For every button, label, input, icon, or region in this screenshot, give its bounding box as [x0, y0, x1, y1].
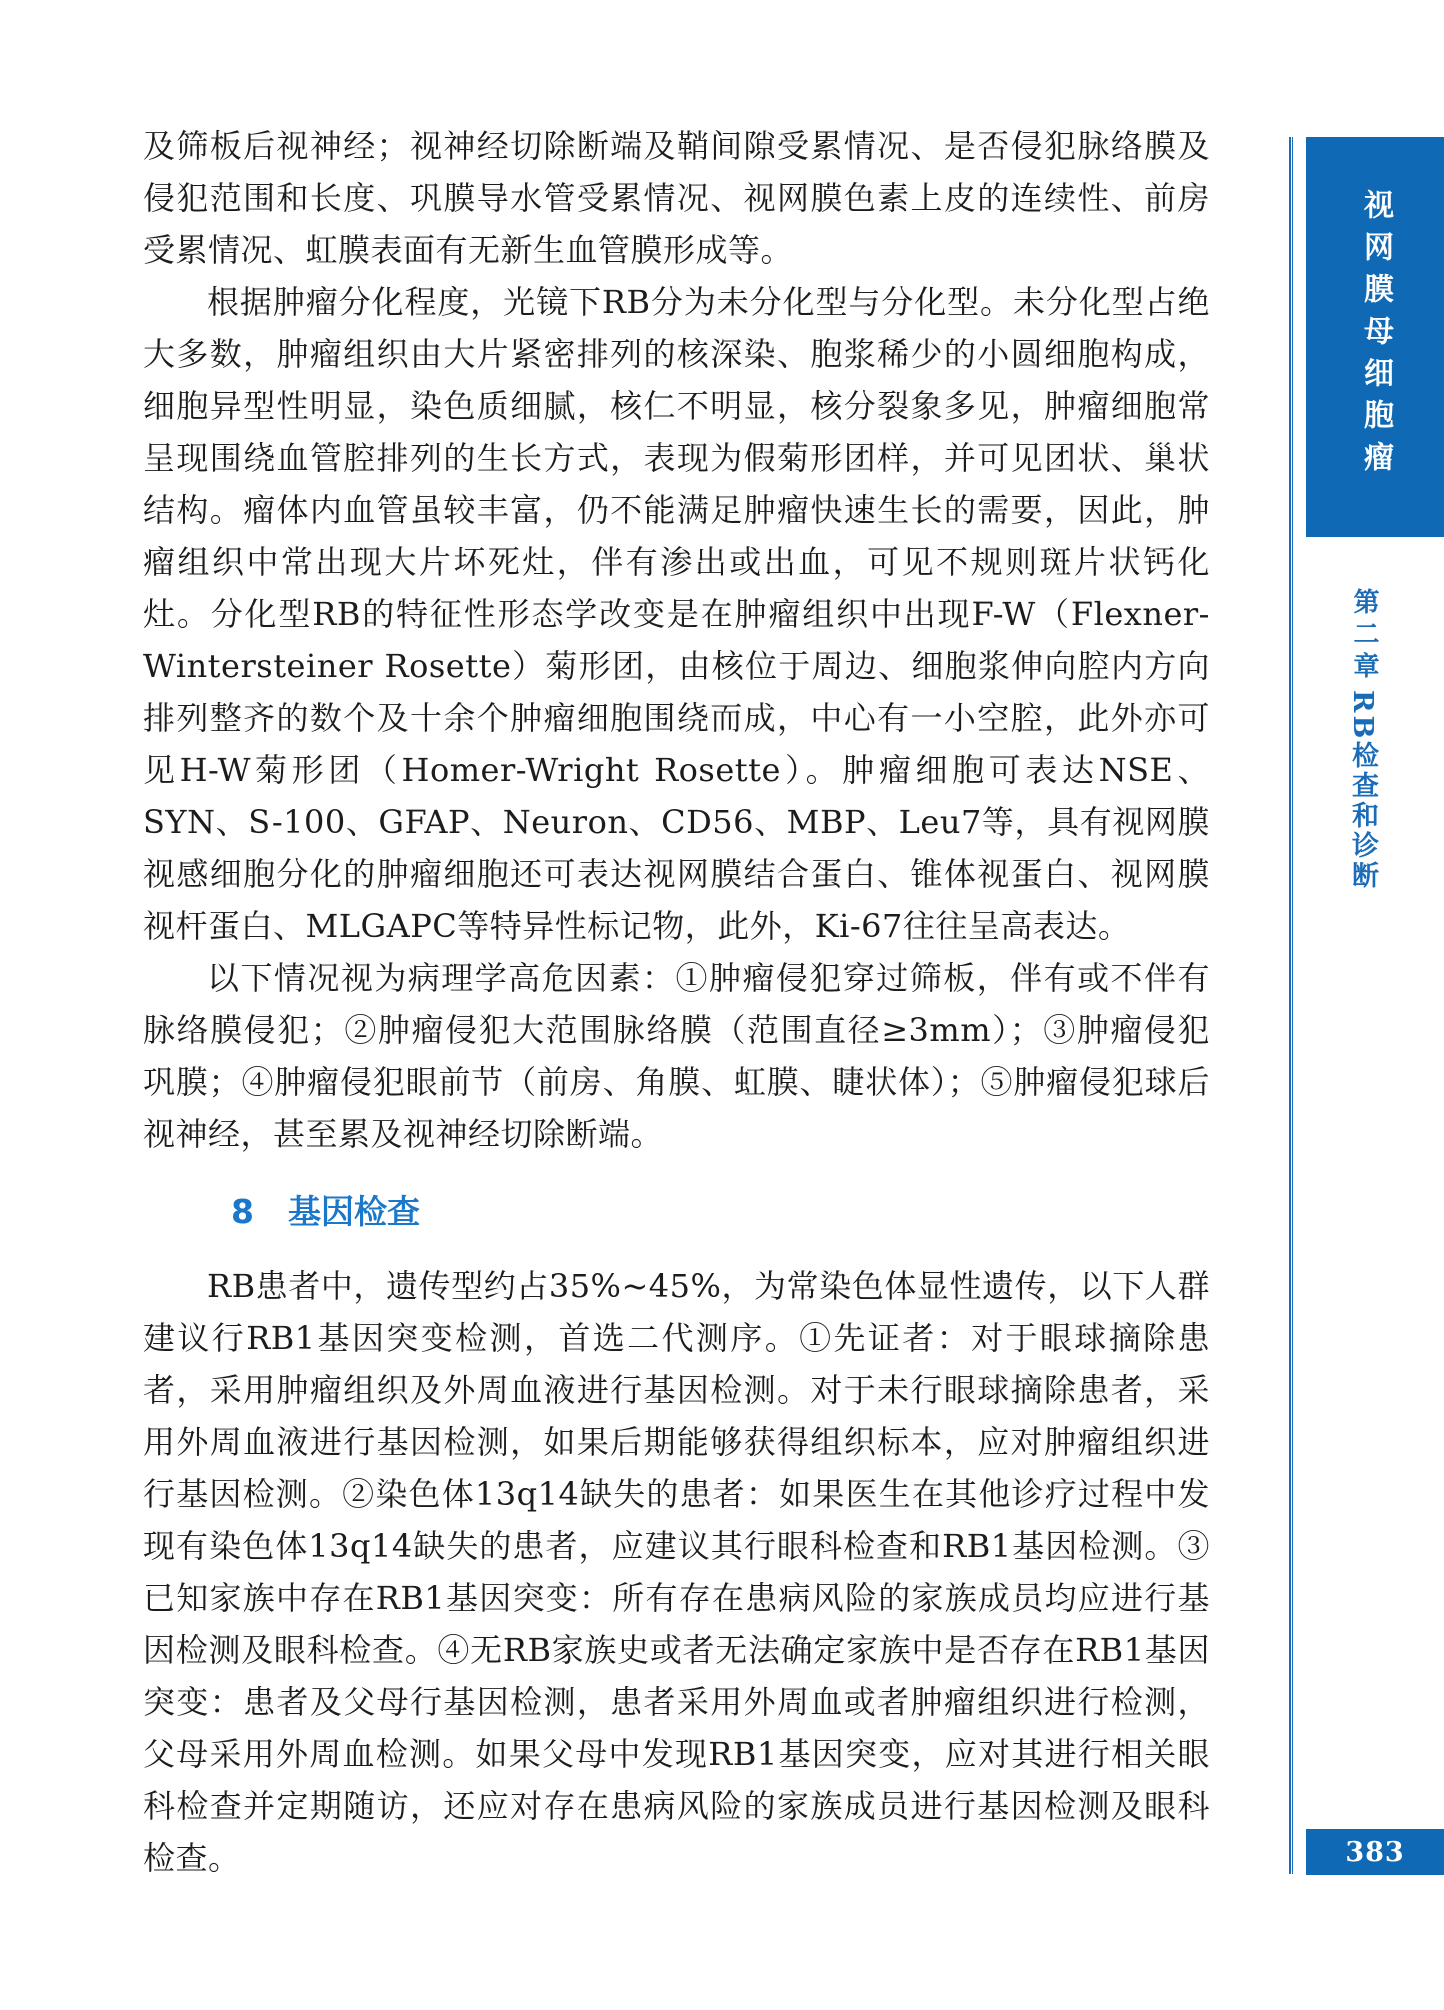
sidebar-divider-rule [1289, 137, 1293, 1874]
section-heading: 8基因检查 [231, 1190, 1210, 1234]
main-text-column: 及筛板后视神经；视神经切除断端及鞘间隙受累情况、是否侵犯脉络膜及侵犯范围和长度、… [143, 0, 1210, 1884]
section-title: 基因检查 [288, 1192, 420, 1231]
book-page: 及筛板后视神经；视神经切除断端及鞘间隙受累情况、是否侵犯脉络膜及侵犯范围和长度、… [0, 0, 1444, 2010]
paragraph: 根据肿瘤分化程度，光镜下RB分为未分化型与分化型。未分化型占绝大多数，肿瘤组织由… [143, 276, 1210, 952]
paragraph: RB患者中，遗传型约占35%~45%，为常染色体显性遗传，以下人群建议行RB1基… [143, 1260, 1210, 1884]
chapter-title-label: RB检查和诊断 [1349, 690, 1376, 891]
paragraph: 及筛板后视神经；视神经切除断端及鞘间隙受累情况、是否侵犯脉络膜及侵犯范围和长度、… [143, 120, 1210, 276]
chapter-title-latin: RB [1347, 690, 1378, 741]
chapter-tab: 视网膜母细胞瘤 [1306, 137, 1444, 537]
page-number: 383 [1345, 1837, 1404, 1868]
paragraph: 以下情况视为病理学高危因素：①肿瘤侵犯穿过筛板，伴有或不伴有脉络膜侵犯；②肿瘤侵… [143, 952, 1210, 1160]
section-number: 8 [231, 1192, 254, 1231]
page-number-box: 383 [1306, 1829, 1444, 1875]
chapter-number-label: 第二章 [1351, 588, 1377, 684]
chapter-title-rest: 检查和诊断 [1347, 741, 1378, 891]
chapter-tab-label: 视网膜母细胞瘤 [1353, 189, 1397, 537]
